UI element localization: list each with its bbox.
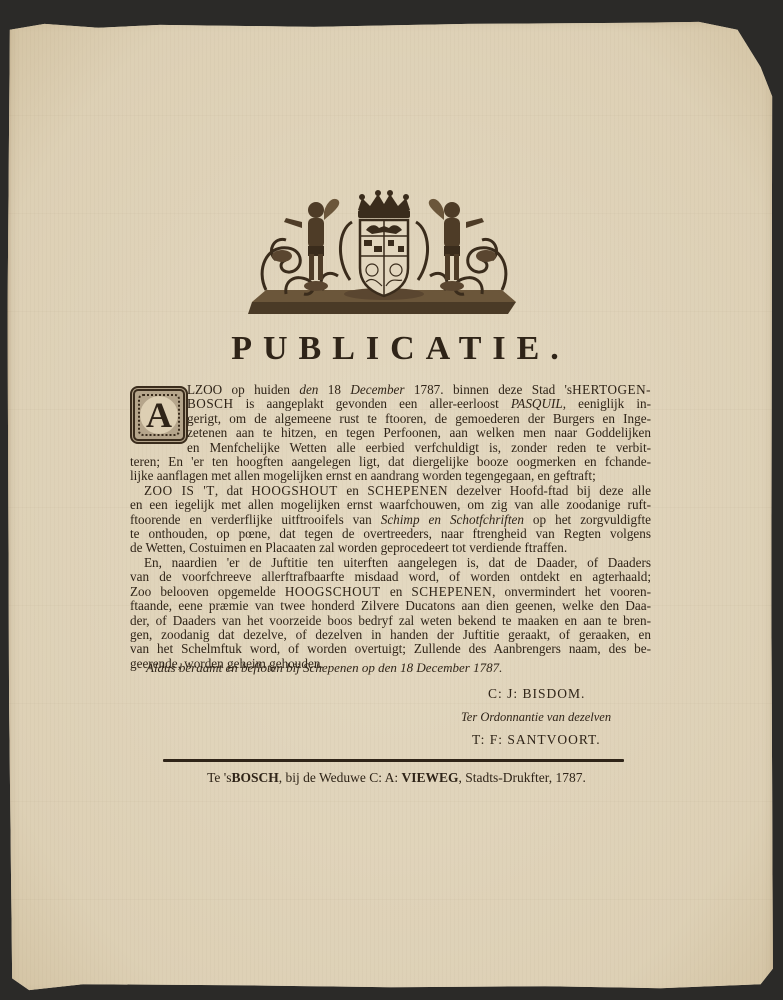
imprint-middle: , bij de Weduwe C: A: (279, 770, 402, 785)
text-run: en (381, 584, 412, 599)
signature-secretary: T: F: SANTVOORT. (472, 732, 601, 748)
text-run: 1787. binnen deze Stad 's (405, 382, 573, 397)
text-line: En, naardien 'er de Juftitie ten uiterft… (130, 556, 651, 570)
caps-run: SCHEPENEN (411, 584, 492, 599)
italic-run: den (299, 382, 318, 397)
divider-rule (163, 759, 624, 762)
proclamation-body: A LZOO op huiden den 18 December 1787. b… (130, 383, 651, 671)
italic-run: Schimp en Schotfchriften (381, 512, 524, 527)
italic-run: December (350, 382, 404, 397)
printer-imprint: Te 'sBOSCH, bij de Weduwe C: A: VIEWEG, … (0, 770, 783, 786)
text-run: dezelver Hoofd-ftad bij deze alle (448, 483, 651, 498)
text-run: van het Schelmftuk word, of worden overt… (130, 641, 651, 656)
imprint-prefix: Te 's (207, 770, 231, 785)
text-run: ftoorende en verderflijke uitftrooifels … (130, 512, 381, 527)
text-line: van de voorfchreeve allerftrafbaarfte mi… (130, 570, 651, 584)
text-run: , eeniglijk in- (563, 396, 651, 411)
text-line: zetenen aan te hitzen, en tegen Perfoone… (130, 426, 651, 440)
caps-run: HOOGSHOUT (251, 483, 338, 498)
closing-statement: Aldus beraamt en befloten bij Schepenen … (146, 660, 502, 676)
text-run: gerigt, om de algemeene rust te ftooren,… (187, 411, 651, 426)
imprint-suffix: , Stadts-Drukfter, 1787. (459, 770, 586, 785)
imprint-printer: VIEWEG (402, 770, 459, 785)
text-run: en een iegelijk met allen mogelijken ern… (130, 497, 651, 512)
imprint-city: BOSCH (231, 770, 278, 785)
signature-by-order: Ter Ordonnantie van dezelven (461, 710, 611, 725)
coat-of-arms-icon (246, 190, 522, 316)
text-line: lijke aanflagen met allen mogelijken ern… (130, 469, 651, 483)
text-line: der, of Daaders van het voorzeide boos b… (130, 614, 651, 628)
text-line: ftaande, eene præmie van twee honderd Zi… (130, 599, 651, 613)
text-run: en Menfchelijke Wetten alle eerbied verf… (187, 440, 651, 455)
text-run: op het zorgvuldigfte (524, 512, 651, 527)
text-run: en (338, 483, 368, 498)
text-run: van de voorfchreeve allerftrafbaarfte mi… (130, 569, 651, 584)
caps-run: HOOGSCHOUT (285, 584, 381, 599)
text-line: en Menfchelijke Wetten alle eerbied verf… (130, 441, 651, 455)
drop-cap-letter: A (146, 408, 172, 422)
text-line: ZOO IS 'T, dat HOOGSHOUT en SCHEPENEN de… (130, 484, 651, 498)
text-line: gerigt, om de algemeene rust te ftooren,… (130, 412, 651, 426)
signature-signer: C: J: BISDOM. (488, 686, 585, 702)
text-line: ftoorende en verderflijke uitftrooifels … (130, 513, 651, 527)
text-run: , dat (215, 483, 251, 498)
text-run: LZOO op huiden (187, 382, 299, 397)
text-line: en een iegelijk met allen mogelijken ern… (130, 498, 651, 512)
text-run: de Wetten, Costuimen en Placaaten zal wo… (130, 540, 567, 555)
text-run: te onthouden, op pœne, dat tegen de over… (130, 526, 651, 541)
page-title: PUBLICATIE. (0, 330, 783, 368)
caps-run: ZOO IS 'T (144, 483, 215, 498)
text-run: lijke aanflagen met allen mogelijken ern… (130, 468, 596, 483)
text-run: is aangeplakt gevonden een aller-eerloos… (233, 396, 510, 411)
text-run: gen, zoodanig dat dezelve, of dezelven i… (130, 627, 651, 642)
caps-run: HERTOGEN- (572, 382, 651, 397)
text-line: te onthouden, op pœne, dat tegen de over… (130, 527, 651, 541)
text-run: ftaande, eene præmie van twee honderd Zi… (130, 598, 651, 613)
text-line: gen, zoodanig dat dezelve, of dezelven i… (130, 628, 651, 642)
text-line: teren; En 'er ten hoogften aangelegen li… (130, 455, 651, 469)
text-run: 18 (318, 382, 350, 397)
text-line: Zoo belooven opgemelde HOOGSCHOUT en SCH… (130, 585, 651, 599)
text-run: der, of Daaders van het voorzeide boos b… (130, 613, 651, 628)
text-run: , onvermindert het vooren- (492, 584, 651, 599)
text-run: zetenen aan te hitzen, en tegen Perfoone… (187, 425, 651, 440)
drop-cap: A (130, 386, 188, 444)
italic-run: PASQUIL (511, 396, 563, 411)
text-line: LZOO op huiden den 18 December 1787. bin… (130, 383, 651, 397)
caps-run: SCHEPENEN (367, 483, 448, 498)
text-run: teren; En 'er ten hoogften aangelegen li… (130, 454, 651, 469)
text-line: BOSCH is aangeplakt gevonden een aller-e… (130, 397, 651, 411)
text-run: Zoo belooven opgemelde (130, 584, 285, 599)
text-line: de Wetten, Costuimen en Placaaten zal wo… (130, 541, 651, 555)
caps-run: BOSCH (187, 396, 233, 411)
text-line: van het Schelmftuk word, of worden overt… (130, 642, 651, 656)
text-run: En, naardien 'er de Juftitie ten uiterft… (144, 555, 651, 570)
